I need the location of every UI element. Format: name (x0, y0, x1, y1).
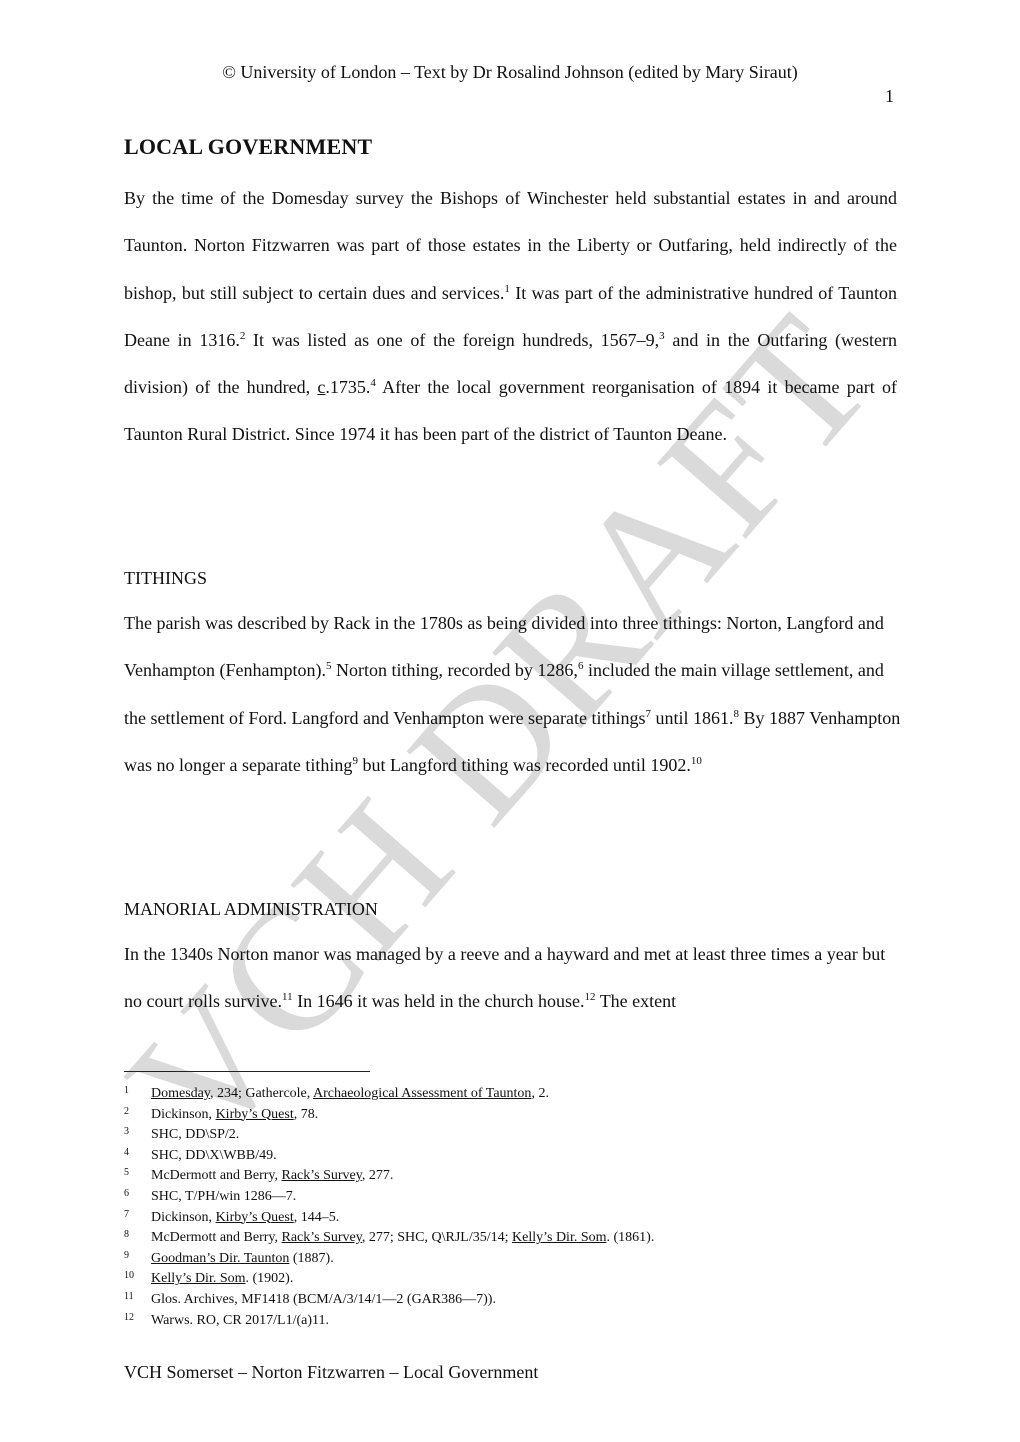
citation-text: Glos. Archives, MF1418 (BCM/A/3/14/1—2 (… (151, 1292, 496, 1307)
footnote-number: 1 (124, 1081, 151, 1101)
citation-text: . (1902). (246, 1271, 294, 1286)
tithings-paragraph: The parish was described by Rack in the … (124, 600, 904, 789)
footnote-ref[interactable]: 10 (691, 755, 702, 767)
footnote-ref[interactable]: 12 (585, 991, 596, 1003)
citation-text: McDermott and Berry, (151, 1168, 282, 1183)
footnote-text: McDermott and Berry, Rack’s Survey, 277;… (151, 1228, 904, 1248)
footnote-number: 9 (124, 1246, 151, 1266)
footnote-ref[interactable]: 11 (282, 991, 293, 1003)
citation-text: , 2. (531, 1086, 549, 1101)
citation-title: Kelly’s Dir. Som (512, 1230, 607, 1245)
citation-title: Rack’s Survey (282, 1168, 362, 1183)
footnote-item: 7Dickinson, Kirby’s Quest, 144–5. (124, 1208, 904, 1229)
footnote-number: 10 (124, 1266, 151, 1286)
page-title: LOCAL GOVERNMENT (124, 132, 372, 162)
footnote-text: Dickinson, Kirby’s Quest, 78. (151, 1105, 904, 1125)
footnote-text: Dickinson, Kirby’s Quest, 144–5. (151, 1208, 904, 1228)
citation-text: (1887). (289, 1251, 333, 1266)
footnote-item: 8McDermott and Berry, Rack’s Survey, 277… (124, 1228, 904, 1249)
footnote-item: 12 Warws. RO, CR 2017/L1/(a)11. (124, 1311, 904, 1332)
page-number: 1 (885, 84, 894, 108)
footnotes-list: 1Domesday, 234; Gathercole, Archaeologic… (124, 1084, 904, 1331)
footnote-number: 4 (124, 1143, 151, 1163)
footnote-text: Goodman’s Dir. Taunton (1887). (151, 1249, 904, 1269)
citation-title: Domesday (151, 1086, 210, 1101)
citation-text: Dickinson, (151, 1107, 216, 1122)
citation-text: SHC, DD\SP/2. (151, 1127, 239, 1142)
section-heading-tithings: TITHINGS (124, 566, 207, 590)
citation-title: Kelly’s Dir. Som (151, 1271, 246, 1286)
footnote-item: 4SHC, DD\X\WBB/49. (124, 1146, 904, 1167)
footnote-number: 6 (124, 1184, 151, 1204)
footnote-number: 8 (124, 1225, 151, 1245)
citation-text: Warws. RO, CR 2017/L1/(a)11. (151, 1313, 329, 1328)
citation-title: Rack’s Survey (282, 1230, 362, 1245)
footnote-item: 2Dickinson, Kirby’s Quest, 78. (124, 1105, 904, 1126)
footnote-item: 10 Kelly’s Dir. Som. (1902). (124, 1269, 904, 1290)
footnote-number: 12 (124, 1308, 151, 1328)
page-footer: VCH Somerset – Norton Fitzwarren – Local… (124, 1360, 538, 1384)
footnote-item: 9Goodman’s Dir. Taunton (1887). (124, 1249, 904, 1270)
footnote-text: McDermott and Berry, Rack’s Survey, 277. (151, 1166, 904, 1186)
citation-text: SHC, DD\X\WBB/49. (151, 1148, 277, 1163)
citation-title: Kirby’s Quest (216, 1107, 294, 1122)
citation-text: Dickinson, (151, 1210, 216, 1225)
footnote-item: 11 Glos. Archives, MF1418 (BCM/A/3/14/1—… (124, 1290, 904, 1311)
footnote-text: Glos. Archives, MF1418 (BCM/A/3/14/1—2 (… (151, 1290, 904, 1310)
footnote-item: 1Domesday, 234; Gathercole, Archaeologic… (124, 1084, 904, 1105)
footnote-text: Kelly’s Dir. Som. (1902). (151, 1269, 904, 1289)
footnote-number: 11 (124, 1287, 151, 1307)
footnote-number: 2 (124, 1102, 151, 1122)
citation-text: , 277. (362, 1168, 394, 1183)
footnote-item: 3SHC, DD\SP/2. (124, 1125, 904, 1146)
footnote-number: 3 (124, 1122, 151, 1142)
footnote-text: Domesday, 234; Gathercole, Archaeologica… (151, 1084, 904, 1104)
footnote-text: SHC, DD\X\WBB/49. (151, 1146, 904, 1166)
footnote-item: 6SHC, T/PH/win 1286—7. (124, 1187, 904, 1208)
citation-text: , 277; SHC, Q\RJL/35/14; (362, 1230, 512, 1245)
document-page: VCH DRAFT © University of London – Text … (0, 0, 1020, 1442)
citation-title: Kirby’s Quest (216, 1210, 294, 1225)
citation-title: Goodman’s Dir. Taunton (151, 1251, 289, 1266)
citation-text: , 78. (294, 1107, 319, 1122)
footnote-number: 7 (124, 1205, 151, 1225)
footnote-number: 5 (124, 1163, 151, 1183)
citation-title: Archaeological Assessment of Taunton (313, 1086, 531, 1101)
citation-text: , 234; Gathercole, (210, 1086, 313, 1101)
citation-text: McDermott and Berry, (151, 1230, 282, 1245)
footnote-text: Warws. RO, CR 2017/L1/(a)11. (151, 1311, 904, 1331)
citation-text: SHC, T/PH/win 1286—7. (151, 1189, 296, 1204)
footnote-item: 5McDermott and Berry, Rack’s Survey, 277… (124, 1166, 904, 1187)
citation-text: , 144–5. (294, 1210, 340, 1225)
footnote-text: SHC, DD\SP/2. (151, 1125, 904, 1145)
section-heading-manorial-administration: MANORIAL ADMINISTRATION (124, 897, 378, 921)
intro-paragraph: By the time of the Domesday survey the B… (124, 175, 897, 459)
citation-text: . (1861). (607, 1230, 655, 1245)
manorial-paragraph: In the 1340s Norton manor was managed by… (124, 931, 904, 1026)
footnote-text: SHC, T/PH/win 1286—7. (151, 1187, 904, 1207)
footnote-separator (124, 1071, 370, 1072)
copyright-header: © University of London – Text by Dr Rosa… (0, 60, 1020, 84)
